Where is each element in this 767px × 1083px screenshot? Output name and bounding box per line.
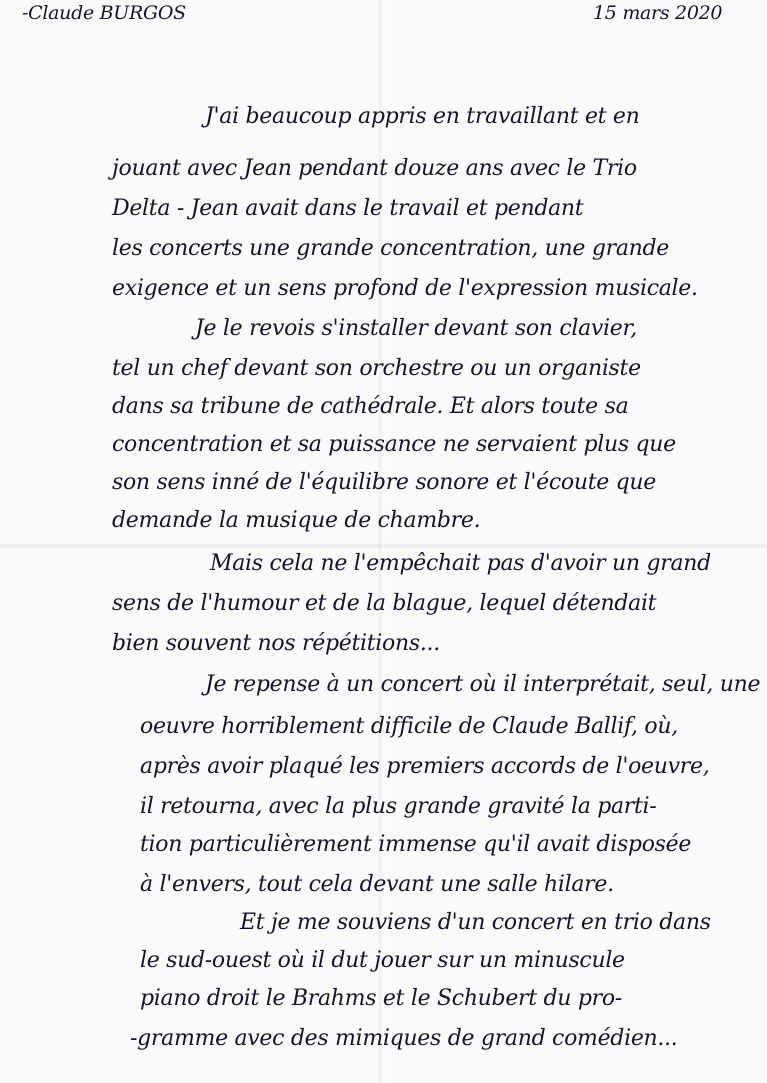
letter-line: jouant avec Jean pendant douze ans avec … — [112, 156, 637, 181]
letter-line: Mais cela ne l'empêchait pas d'avoir un … — [210, 551, 711, 576]
letter-line: Je le revois s'installer devant son clav… — [195, 316, 637, 341]
letter-line: demande la musique de chambre. — [112, 508, 480, 533]
letter-line: bien souvent nos répétitions... — [112, 631, 440, 656]
letter-date: 15 mars 2020 — [593, 2, 722, 24]
letter-line: tel un chef devant son orchestre ou un o… — [112, 356, 641, 381]
author-name: -Claude BURGOS — [22, 2, 186, 24]
letter-line: à l'envers, tout cela devant une salle h… — [140, 872, 614, 897]
letter-line: J'ai beaucoup appris en travaillant et e… — [205, 104, 640, 129]
letter-line: piano droit le Brahms et le Schubert du … — [140, 986, 622, 1011]
letter-line: oeuvre horriblement difficile de Claude … — [140, 714, 678, 739]
letter-line: tion particulièrement immense qu'il avai… — [140, 832, 691, 857]
letter-line: Je repense à un concert où il interpréta… — [205, 672, 760, 697]
letter-line: -gramme avec des mimiques de grand coméd… — [130, 1026, 678, 1051]
letter-line: après avoir plaqué les premiers accords … — [140, 754, 709, 779]
letter-line: dans sa tribune de cathédrale. Et alors … — [112, 394, 628, 419]
letter-line: le sud-ouest où il dut jouer sur un minu… — [140, 948, 625, 973]
letter-line: exigence et un sens profond de l'express… — [112, 276, 698, 301]
letter-line: concentration et sa puissance ne servaie… — [112, 432, 676, 457]
letter-line: Et je me souviens d'un concert en trio d… — [240, 910, 711, 935]
letter-line: Delta - Jean avait dans le travail et pe… — [112, 196, 583, 221]
letter-line: il retourna, avec la plus grande gravité… — [140, 794, 656, 819]
letter-line: son sens inné de l'équilibre sonore et l… — [112, 470, 656, 495]
letter-line: les concerts une grande concentration, u… — [112, 236, 669, 261]
letter-line: sens de l'humour et de la blague, lequel… — [112, 591, 656, 616]
